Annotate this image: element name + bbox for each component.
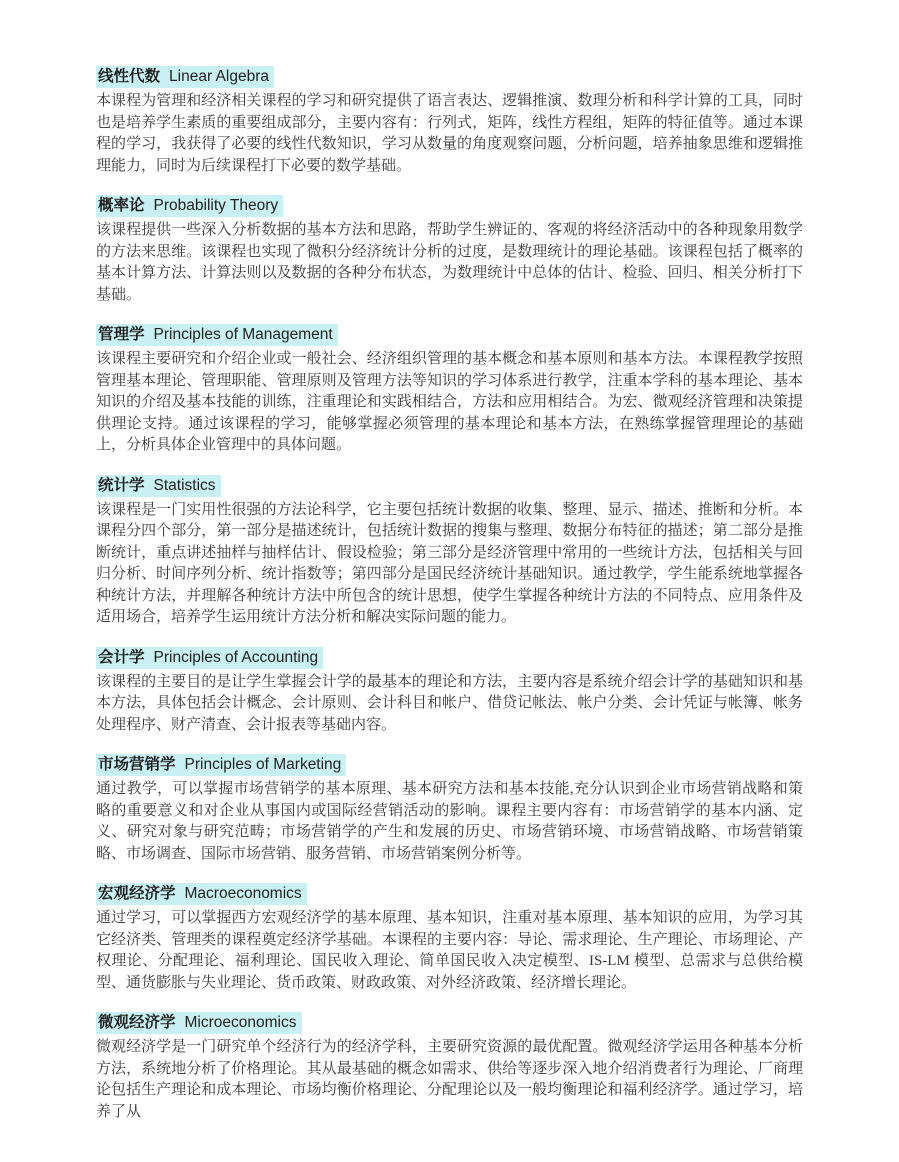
course-section: 管理学Principles of Management 该课程主要研究和介绍企业… — [96, 324, 803, 457]
course-title-highlight: 概率论Probability Theory — [96, 195, 283, 217]
course-title-zh: 市场营销学 — [98, 756, 176, 773]
course-title-highlight: 管理学Principles of Management — [96, 324, 338, 346]
course-title-highlight: 微观经济学Microeconomics — [96, 1012, 302, 1034]
course-section: 市场营销学Principles of Marketing 通过教学，可以掌握市场… — [96, 754, 803, 865]
course-section: 微观经济学Microeconomics 微观经济学是一门研究单个经济行为的经济学… — [96, 1012, 803, 1123]
course-title-en: Principles of Accounting — [154, 649, 319, 666]
course-title-en: Microeconomics — [185, 1014, 297, 1031]
course-title-en: Statistics — [154, 477, 216, 494]
course-title: 宏观经济学Macroeconomics — [96, 883, 803, 905]
course-title: 统计学Statistics — [96, 475, 803, 497]
course-title-zh: 宏观经济学 — [98, 885, 176, 902]
course-section: 会计学Principles of Accounting 该课程的主要目的是让学生… — [96, 647, 803, 737]
course-description: 该课程主要研究和介绍企业或一般社会、经济组织管理的基本概念和基本原则和基本方法。… — [96, 349, 803, 457]
course-title-zh: 概率论 — [98, 197, 145, 214]
course-section: 统计学Statistics 该课程是一门实用性很强的方法论科学，它主要包括统计数… — [96, 475, 803, 629]
course-sections: 线性代数Linear Algebra 本课程为管理和经济相关课程的学习和研究提供… — [96, 66, 803, 1123]
course-title-en: Principles of Marketing — [185, 756, 342, 773]
course-title-zh: 统计学 — [98, 477, 145, 494]
course-description: 该课程提供一些深入分析数据的基本方法和思路，帮助学生辨证的、客观的将经济活动中的… — [96, 220, 803, 306]
course-title: 线性代数Linear Algebra — [96, 66, 803, 88]
course-title-zh: 微观经济学 — [98, 1014, 176, 1031]
course-section: 概率论Probability Theory 该课程提供一些深入分析数据的基本方法… — [96, 195, 803, 306]
course-title-en: Macroeconomics — [185, 885, 302, 902]
course-description: 通过教学，可以掌握市场营销学的基本原理、基本研究方法和基本技能,充分认识到企业市… — [96, 779, 803, 865]
course-descriptions-page: 线性代数Linear Algebra 本课程为管理和经济相关课程的学习和研究提供… — [0, 0, 899, 1162]
course-title: 微观经济学Microeconomics — [96, 1012, 803, 1034]
course-section: 宏观经济学Macroeconomics 通过学习，可以掌握西方宏观经济学的基本原… — [96, 883, 803, 994]
course-title: 会计学Principles of Accounting — [96, 647, 803, 669]
course-title-en: Linear Algebra — [169, 68, 269, 85]
course-title-zh: 线性代数 — [98, 68, 160, 85]
course-description: 通过学习，可以掌握西方宏观经济学的基本原理、基本知识，注重对基本原理、基本知识的… — [96, 908, 803, 994]
course-title-highlight: 市场营销学Principles of Marketing — [96, 754, 346, 776]
course-title-highlight: 会计学Principles of Accounting — [96, 647, 323, 669]
course-description: 该课程的主要目的是让学生掌握会计学的最基本的理论和方法，主要内容是系统介绍会计学… — [96, 672, 803, 737]
course-title-highlight: 统计学Statistics — [96, 475, 221, 497]
course-title: 市场营销学Principles of Marketing — [96, 754, 803, 776]
course-section: 线性代数Linear Algebra 本课程为管理和经济相关课程的学习和研究提供… — [96, 66, 803, 177]
course-description: 该课程是一门实用性很强的方法论科学，它主要包括统计数据的收集、整理、显示、描述、… — [96, 500, 803, 629]
course-description: 微观经济学是一门研究单个经济行为的经济学科，主要研究资源的最优配置。微观经济学运… — [96, 1037, 803, 1123]
course-title-highlight: 宏观经济学Macroeconomics — [96, 883, 307, 905]
course-title-zh: 管理学 — [98, 326, 145, 343]
course-title-highlight: 线性代数Linear Algebra — [96, 66, 274, 88]
course-title-en: Probability Theory — [154, 197, 279, 214]
course-title-zh: 会计学 — [98, 649, 145, 666]
course-title: 管理学Principles of Management — [96, 324, 803, 346]
course-description: 本课程为管理和经济相关课程的学习和研究提供了语言表达、逻辑推演、数理分析和科学计… — [96, 91, 803, 177]
course-title: 概率论Probability Theory — [96, 195, 803, 217]
course-title-en: Principles of Management — [154, 326, 333, 343]
